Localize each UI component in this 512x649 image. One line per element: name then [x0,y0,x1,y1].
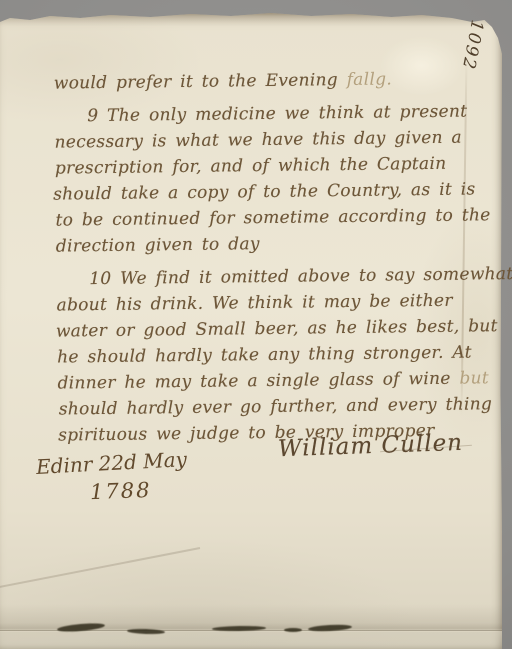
body-line: would prefer it to the Evening fallg. [54,65,474,96]
body-line: direction given to day [56,228,476,259]
dateline-year: 1788 [90,478,152,504]
faint-ink-word: but [451,368,490,388]
diagonal-crease [0,547,200,591]
body-line: to be continued for sometime according t… [55,202,475,233]
letter-scan: 1092 would prefer it to the Evening fall… [0,0,512,649]
letter-body: would prefer it to the Evening fallg. 9 … [54,65,479,448]
ink-smudge [284,628,302,632]
below-fold-shade [0,632,502,649]
faint-ink-word: fallg. [338,69,392,90]
